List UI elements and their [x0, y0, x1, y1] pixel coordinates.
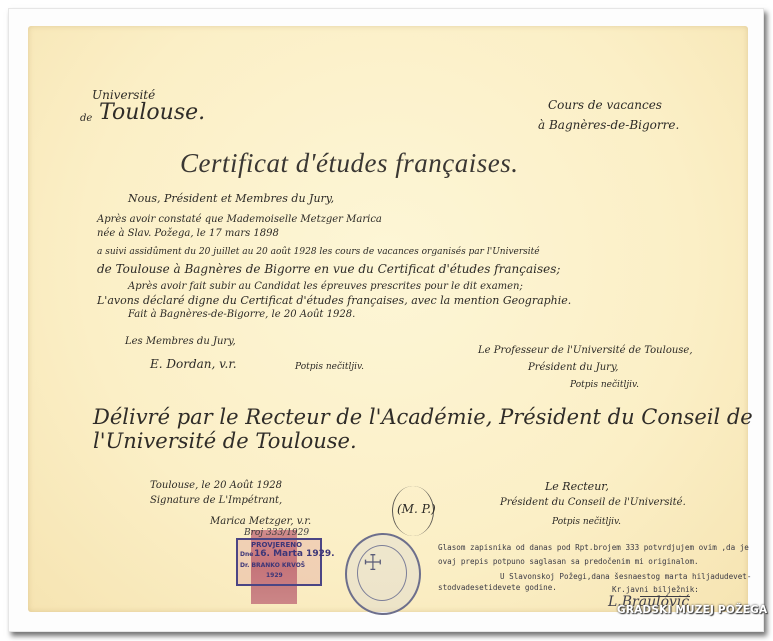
signature-flourish	[640, 596, 690, 597]
rector-signed-note: Potpis nečitljiv.	[552, 517, 621, 527]
jury-label: Les Membres du Jury,	[125, 336, 236, 347]
jury-signed-note: Potpis nečitljiv.	[295, 362, 364, 372]
notary-text-line1: Glasom zapisnika od danas pod Rpt.brojem…	[438, 543, 749, 552]
certificate-title: Certificat d'études françaises.	[180, 148, 519, 179]
body-line-2: née à Slav. Požega, le 17 mars 1898	[97, 228, 279, 239]
notary-text-line4: stodvadesetidevete godine.	[438, 583, 557, 592]
body-line-4: de Toulouse à Bagnères de Bigorre en vue…	[97, 262, 560, 276]
rector-line2: Président du Conseil de l'Université.	[500, 497, 686, 508]
notary-text-line3: U Slavonskoj Požegi,dana šesnaestog mart…	[500, 572, 751, 581]
professor-line2: Président du Jury,	[528, 362, 618, 373]
stamp-date: 16. Marta 1929.	[254, 549, 335, 559]
stamp-handwritten-number: Broj 333/1929	[244, 528, 309, 538]
jury-signature: E. Dordan, v.r.	[150, 357, 237, 371]
header-right-line2: à Bagnères-de-Bigorre.	[538, 118, 679, 132]
rector-line1: Le Recteur,	[545, 480, 609, 493]
body-line-7: Fait à Bagnères-de-Bigorre, le 20 Août 1…	[128, 309, 355, 320]
applicant-signature: Marica Metzger, v.r.	[210, 516, 311, 527]
place-date: Toulouse, le 20 Août 1928	[150, 480, 282, 491]
header-left-university: Toulouse.	[99, 100, 205, 125]
body-line-3: a suivi assidûment du 20 juillet au 20 a…	[97, 247, 540, 257]
notary-seal: ☩	[345, 533, 421, 615]
stamp-title: PROVJERENO	[251, 541, 302, 549]
body-line-1: Après avoir constaté que Mademoiselle Me…	[97, 214, 382, 225]
salutation: Nous, Président et Membres du Jury,	[128, 192, 334, 205]
header-left-prefix: de	[80, 113, 92, 124]
professor-signed-note: Potpis nečitljiv.	[570, 380, 639, 390]
verification-stamp: PROVJERENO Dne 16. Marta 1929. Dr. BRANK…	[236, 538, 322, 586]
professor-line1: Le Professeur de l'Université de Toulous…	[478, 345, 693, 356]
notary-label: Kr.javni bilježnik:	[612, 585, 699, 594]
stamp-date-prefix: Dne	[240, 551, 253, 558]
stamp-fee: 1929	[266, 572, 283, 579]
stamp-name: Dr. BRANKO KRVOŠ	[240, 562, 305, 569]
applicant-signature-label: Signature de L'Impétrant,	[150, 495, 282, 506]
notary-text-line2: ovaj prepis potpuno saglasan sa predočen…	[438, 557, 699, 566]
body-line-6: L'avons déclaré digne du Certificat d'ét…	[97, 294, 571, 307]
double-headed-eagle-icon: ☩	[363, 551, 383, 576]
body-line-5: Après avoir fait subir au Candidat les é…	[128, 281, 523, 292]
museum-watermark: GRADSKI MUZEJ POŽEGA	[617, 604, 767, 616]
delivered-line1: Délivré par le Recteur de l'Académie, Pr…	[93, 405, 753, 429]
delivered-line2: l'Université de Toulouse.	[93, 429, 357, 453]
seal-mark-text: (M. P.)	[397, 502, 436, 516]
header-right-line1: Cours de vacances	[548, 98, 662, 112]
